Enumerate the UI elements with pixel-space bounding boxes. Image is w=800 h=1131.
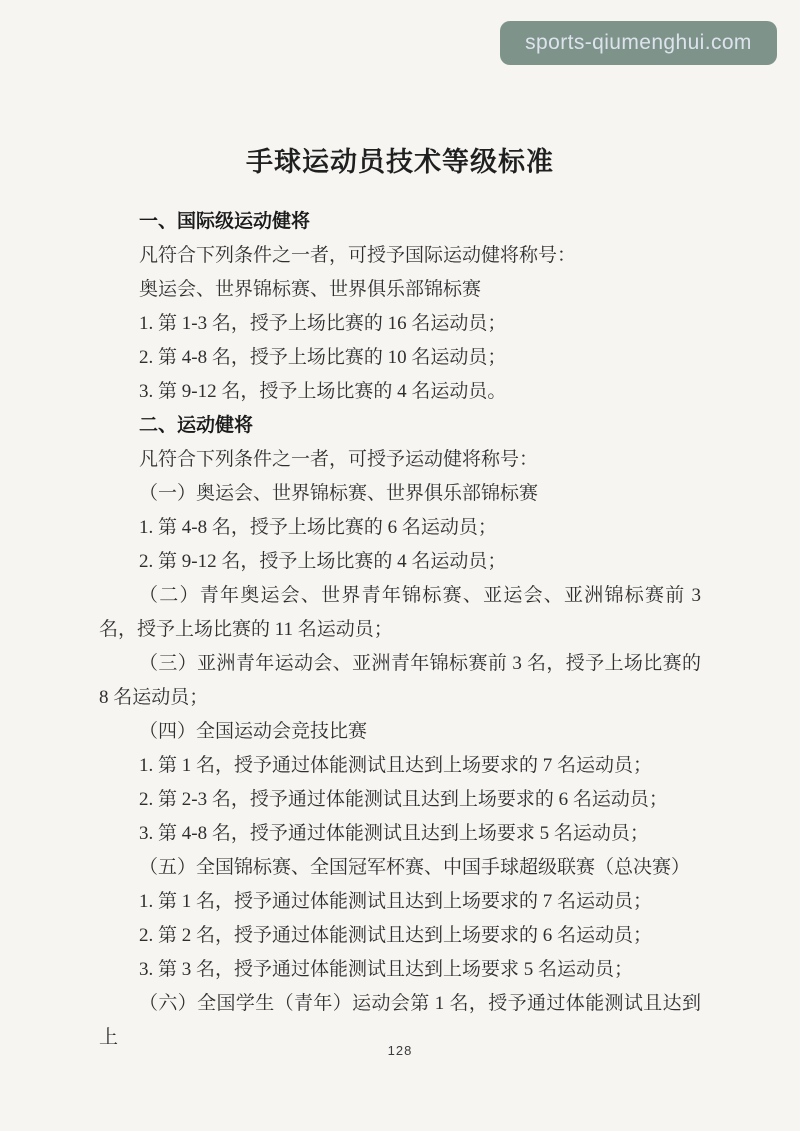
section-heading: 一、国际级运动健将 [99,205,701,239]
paragraph: （三）亚洲青年运动会、亚洲青年锦标赛前 3 名，授予上场比赛的 8 名运动员； [99,647,701,715]
paragraph: （一）奥运会、世界锦标赛、世界俱乐部锦标赛 [99,477,701,511]
paragraph: 奥运会、世界锦标赛、世界俱乐部锦标赛 [99,273,701,307]
paragraph: 1. 第 1-3 名，授予上场比赛的 16 名运动员； [99,307,701,341]
paragraph: 3. 第 4-8 名，授予通过体能测试且达到上场要求 5 名运动员； [99,817,701,851]
paragraph: 1. 第 1 名，授予通过体能测试且达到上场要求的 7 名运动员； [99,749,701,783]
paragraph: 3. 第 9-12 名，授予上场比赛的 4 名运动员。 [99,375,701,409]
paragraph: 3. 第 3 名，授予通过体能测试且达到上场要求 5 名运动员； [99,953,701,987]
paragraph: 凡符合下列条件之一者，可授予国际运动健将称号： [99,239,701,273]
document-body: 一、国际级运动健将凡符合下列条件之一者，可授予国际运动健将称号：奥运会、世界锦标… [99,205,701,1055]
paragraph: 2. 第 2-3 名，授予通过体能测试且达到上场要求的 6 名运动员； [99,783,701,817]
paragraph: （二）青年奥运会、世界青年锦标赛、亚运会、亚洲锦标赛前 3 名，授予上场比赛的 … [99,579,701,647]
watermark-label: sports-qiumenghui.com [525,31,752,55]
watermark-badge: sports-qiumenghui.com [500,21,777,65]
paragraph: 2. 第 4-8 名，授予上场比赛的 10 名运动员； [99,341,701,375]
paragraph: （四）全国运动会竞技比赛 [99,715,701,749]
paragraph: 1. 第 4-8 名，授予上场比赛的 6 名运动员； [99,511,701,545]
page-title: 手球运动员技术等级标准 [0,140,800,179]
page-number: 128 [0,1043,800,1058]
section-heading: 二、运动健将 [99,409,701,443]
paragraph: （五）全国锦标赛、全国冠军杯赛、中国手球超级联赛（总决赛） [99,851,701,885]
paragraph: 2. 第 9-12 名，授予上场比赛的 4 名运动员； [99,545,701,579]
paragraph: 1. 第 1 名，授予通过体能测试且达到上场要求的 7 名运动员； [99,885,701,919]
paragraph: 2. 第 2 名，授予通过体能测试且达到上场要求的 6 名运动员； [99,919,701,953]
paragraph: 凡符合下列条件之一者，可授予运动健将称号： [99,443,701,477]
